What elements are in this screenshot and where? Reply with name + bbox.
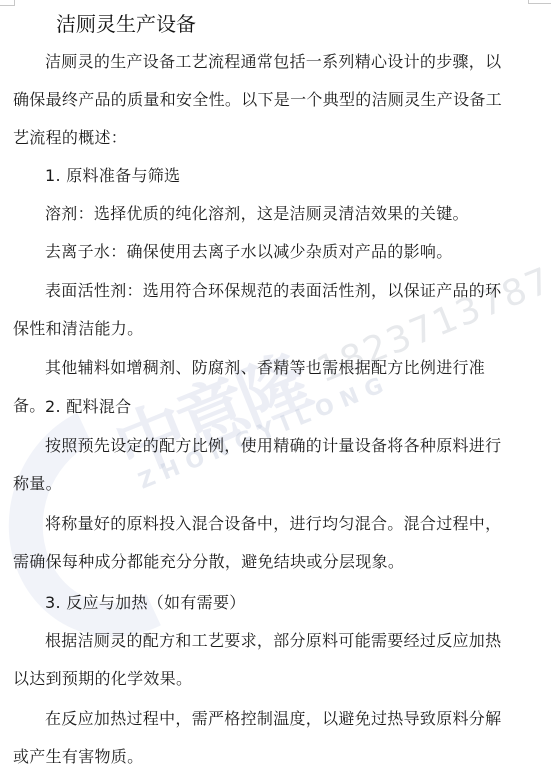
paragraph-temperature-control: 在反应加热过程中，需严格控制温度，以避免过热导致原料分解或产生有害物质。 (13, 700, 513, 776)
paragraph-solvent: 溶剂：选择优质的纯化溶剂，这是洁厕灵清洁效果的关键。 (13, 195, 513, 233)
page-corner-mark-top-right (528, 0, 551, 4)
paragraph-weighing: 按照预先设定的配方比例，使用精确的计量设备将各种原料进行称量。 (13, 427, 513, 503)
document-title: 洁厕灵生产设备 (56, 10, 196, 38)
section-heading-2: 2. 配料混合 (13, 388, 513, 426)
paragraph-reaction: 根据洁厕灵的配方和工艺要求，部分原料可能需要经过反应加热以达到预期的化学效果。 (13, 622, 513, 698)
section-heading-3: 3. 反应与加热（如有需要） (13, 584, 513, 622)
section-heading-1: 1. 原料准备与筛选 (13, 157, 513, 195)
paragraph-deionized-water: 去离子水：确保使用去离子水以减少杂质对产品的影响。 (13, 233, 513, 271)
paragraph-surfactant: 表面活性剂：选用符合环保规范的表面活性剂，以保证产品的环保性和清洁能力。 (13, 272, 513, 348)
paragraph-intro: 洁厕灵的生产设备工艺流程通常包括一系列精心设计的步骤，以确保最终产品的质量和安全… (13, 43, 513, 157)
page-corner-mark-top-left (0, 0, 15, 6)
paragraph-mixing: 将称量好的原料投入混合设备中，进行均匀混合。混合过程中，需确保每种成分都能充分分… (13, 505, 513, 581)
